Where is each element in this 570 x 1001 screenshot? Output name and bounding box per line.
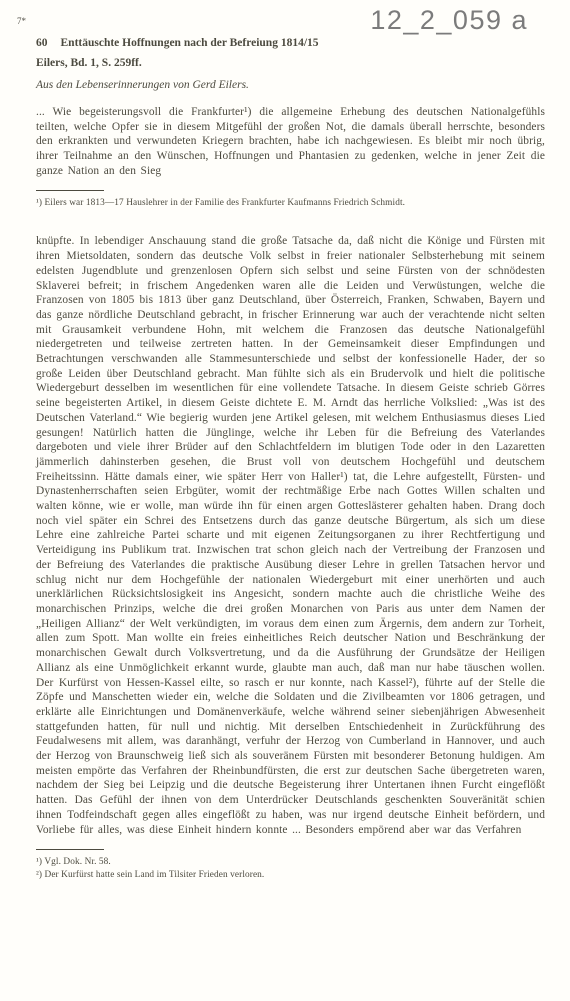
page-content: 60 Enttäuschte Hoffnungen nach der Befre… — [36, 36, 545, 881]
footnote-separator-rule-bottom — [36, 849, 104, 850]
body-paragraph-1: ... Wie begeisterungsvoll die Frankfurte… — [36, 105, 545, 179]
source-reference: Eilers, Bd. 1, S. 259ff. — [36, 56, 545, 70]
footnote-1: ¹) Vgl. Dok. Nr. 58. — [36, 856, 545, 869]
printer-signature-mark: 7* — [17, 16, 26, 26]
footnote-2: ²) Der Kurfürst hatte sein Land im Tilsi… — [36, 869, 545, 882]
archive-scan-label: 12_2_059 a — [370, 5, 528, 36]
document-subtitle: Aus den Lebenserinnerungen von Gerd Eile… — [36, 78, 545, 92]
document-heading: 60 Enttäuschte Hoffnungen nach der Befre… — [36, 36, 545, 50]
footnote-mid-page: ¹) Eilers war 1813—17 Hauslehrer in der … — [36, 197, 545, 210]
footnote-separator-rule — [36, 190, 104, 191]
scanned-document-page: 7* 12_2_059 a 60 Enttäuschte Hoffnungen … — [0, 0, 570, 1001]
bottom-footnotes: ¹) Vgl. Dok. Nr. 58. ²) Der Kurfürst hat… — [36, 849, 545, 881]
body-paragraph-2: knüpfte. In lebendiger Anschauung stand … — [36, 234, 545, 837]
document-title: Enttäuschte Hoffnungen nach der Befreiun… — [61, 36, 319, 50]
document-number: 60 — [36, 36, 48, 50]
